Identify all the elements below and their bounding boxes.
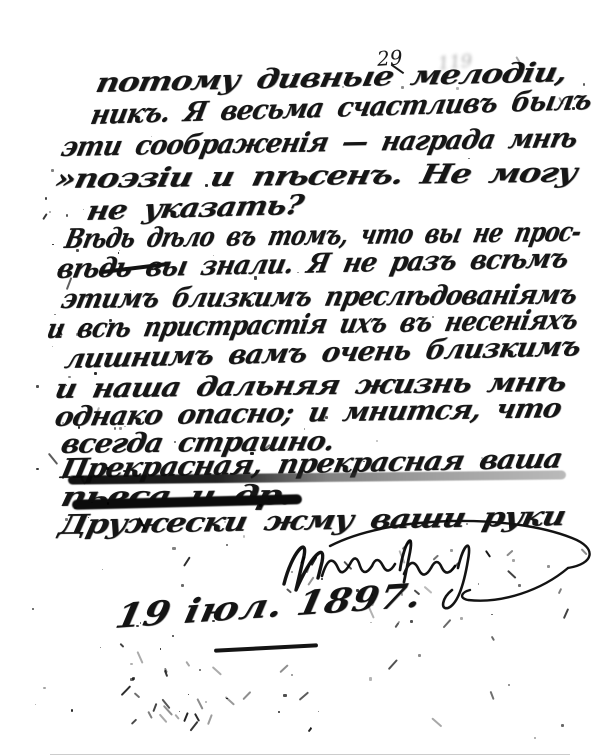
noise-speck bbox=[446, 519, 449, 522]
noise-speck bbox=[479, 231, 481, 233]
noise-speck bbox=[561, 724, 564, 727]
noise-speck bbox=[172, 635, 174, 637]
noise-speck bbox=[432, 316, 435, 319]
noise-speck bbox=[410, 620, 413, 623]
noise-speck bbox=[100, 647, 101, 648]
noise-speck bbox=[418, 654, 421, 657]
noise-speck bbox=[583, 83, 586, 86]
noise-speck bbox=[283, 694, 286, 697]
noise-speck bbox=[43, 687, 45, 689]
noise-speck bbox=[188, 694, 189, 695]
noise-speck bbox=[151, 136, 153, 138]
noise-speck bbox=[68, 376, 71, 379]
noise-speck bbox=[152, 703, 157, 712]
noise-speck bbox=[376, 440, 379, 443]
noise-speck bbox=[225, 697, 235, 706]
noise-speck bbox=[196, 699, 203, 710]
noise-speck bbox=[224, 521, 226, 523]
noise-speck bbox=[51, 169, 54, 172]
noise-speck bbox=[226, 544, 229, 547]
noise-speck bbox=[481, 457, 483, 459]
noise-speck bbox=[183, 557, 190, 567]
noise-speck bbox=[130, 663, 133, 666]
noise-speck bbox=[186, 661, 191, 667]
noise-speck bbox=[121, 685, 131, 695]
noise-speck bbox=[66, 214, 69, 217]
noise-speck bbox=[518, 584, 521, 587]
noise-speck bbox=[534, 737, 536, 739]
noise-speck bbox=[78, 426, 81, 429]
date-line: 19 іюл. 1897. bbox=[112, 575, 426, 636]
noise-speck bbox=[94, 372, 97, 375]
noise-speck bbox=[401, 593, 404, 596]
noise-speck bbox=[212, 620, 215, 623]
noise-speck bbox=[207, 714, 212, 724]
noise-speck bbox=[137, 651, 144, 663]
noise-speck bbox=[174, 714, 179, 719]
noise-speck bbox=[325, 416, 328, 419]
noise-speck bbox=[160, 648, 162, 650]
noise-speck bbox=[291, 571, 293, 573]
noise-speck bbox=[36, 468, 39, 471]
noise-speck bbox=[291, 674, 294, 677]
noise-speck bbox=[36, 385, 39, 388]
noise-speck bbox=[242, 691, 251, 700]
noise-speck bbox=[212, 666, 222, 675]
noise-speck bbox=[243, 535, 246, 538]
noise-speck bbox=[321, 578, 323, 580]
noise-speck bbox=[120, 643, 125, 648]
noise-speck bbox=[100, 462, 103, 465]
noise-speck bbox=[181, 584, 184, 587]
noise-speck bbox=[490, 691, 495, 700]
noise-speck bbox=[297, 272, 299, 274]
noise-speck bbox=[52, 346, 53, 347]
noise-speck bbox=[547, 565, 550, 568]
noise-speck bbox=[45, 197, 48, 200]
noise-speck bbox=[71, 709, 73, 711]
noise-speck bbox=[35, 704, 36, 705]
noise-speck bbox=[124, 426, 126, 428]
noise-speck bbox=[544, 465, 547, 468]
noise-speck bbox=[205, 701, 207, 703]
noise-speck bbox=[102, 569, 103, 570]
noise-speck bbox=[478, 583, 480, 585]
noise-speck bbox=[466, 523, 468, 525]
noise-speck bbox=[491, 636, 495, 641]
noise-speck bbox=[179, 711, 180, 712]
noise-speck bbox=[450, 549, 453, 552]
noise-speck bbox=[279, 664, 288, 673]
noise-speck bbox=[86, 295, 89, 298]
noise-speck bbox=[147, 711, 152, 719]
noise-speck bbox=[318, 711, 319, 712]
noise-speck bbox=[83, 209, 84, 210]
noise-speck bbox=[115, 212, 118, 215]
noise-speck bbox=[460, 617, 463, 620]
noise-speck bbox=[109, 319, 112, 322]
noise-speck bbox=[91, 502, 93, 504]
noise-speck bbox=[42, 213, 47, 220]
noise-speck bbox=[307, 727, 311, 732]
noise-speck bbox=[119, 145, 121, 147]
noise-speck bbox=[292, 75, 294, 77]
noise-speck bbox=[468, 158, 470, 160]
noise-speck bbox=[65, 518, 68, 521]
noise-speck bbox=[369, 677, 372, 680]
noise-speck bbox=[394, 622, 399, 628]
noise-speck bbox=[508, 684, 510, 686]
noise-speck bbox=[189, 720, 198, 731]
noise-speck bbox=[52, 244, 53, 245]
noise-speck bbox=[172, 547, 175, 550]
noise-speck bbox=[401, 86, 404, 89]
noise-speck bbox=[512, 559, 515, 562]
noise-speck bbox=[85, 323, 88, 326]
scanned-letter-page: 29 119 потому дивные мелодіи, никъ. Я ве… bbox=[0, 0, 613, 755]
noise-speck bbox=[370, 622, 371, 623]
noise-speck bbox=[130, 718, 136, 724]
noise-speck bbox=[107, 502, 110, 505]
noise-speck bbox=[119, 427, 122, 430]
noise-speck bbox=[133, 693, 139, 699]
noise-speck bbox=[259, 504, 262, 507]
noise-speck bbox=[74, 507, 77, 510]
noise-speck bbox=[32, 608, 34, 610]
noise-speck bbox=[432, 718, 443, 728]
noise-speck bbox=[278, 711, 280, 713]
date-underline bbox=[214, 643, 318, 652]
noise-speck bbox=[49, 211, 51, 213]
noise-speck bbox=[199, 669, 201, 671]
noise-speck bbox=[388, 659, 398, 669]
handwritten-line: »поэзіи и пѣсенъ. Не могу bbox=[52, 158, 579, 195]
noise-speck bbox=[108, 359, 109, 360]
noise-speck bbox=[205, 184, 208, 187]
noise-speck bbox=[48, 453, 58, 465]
noise-speck bbox=[456, 87, 459, 90]
noise-speck bbox=[132, 677, 135, 680]
noise-speck bbox=[136, 625, 139, 628]
noise-speck bbox=[299, 691, 309, 700]
noise-speck bbox=[183, 712, 188, 722]
noise-speck bbox=[159, 714, 167, 723]
noise-speck bbox=[442, 619, 451, 628]
